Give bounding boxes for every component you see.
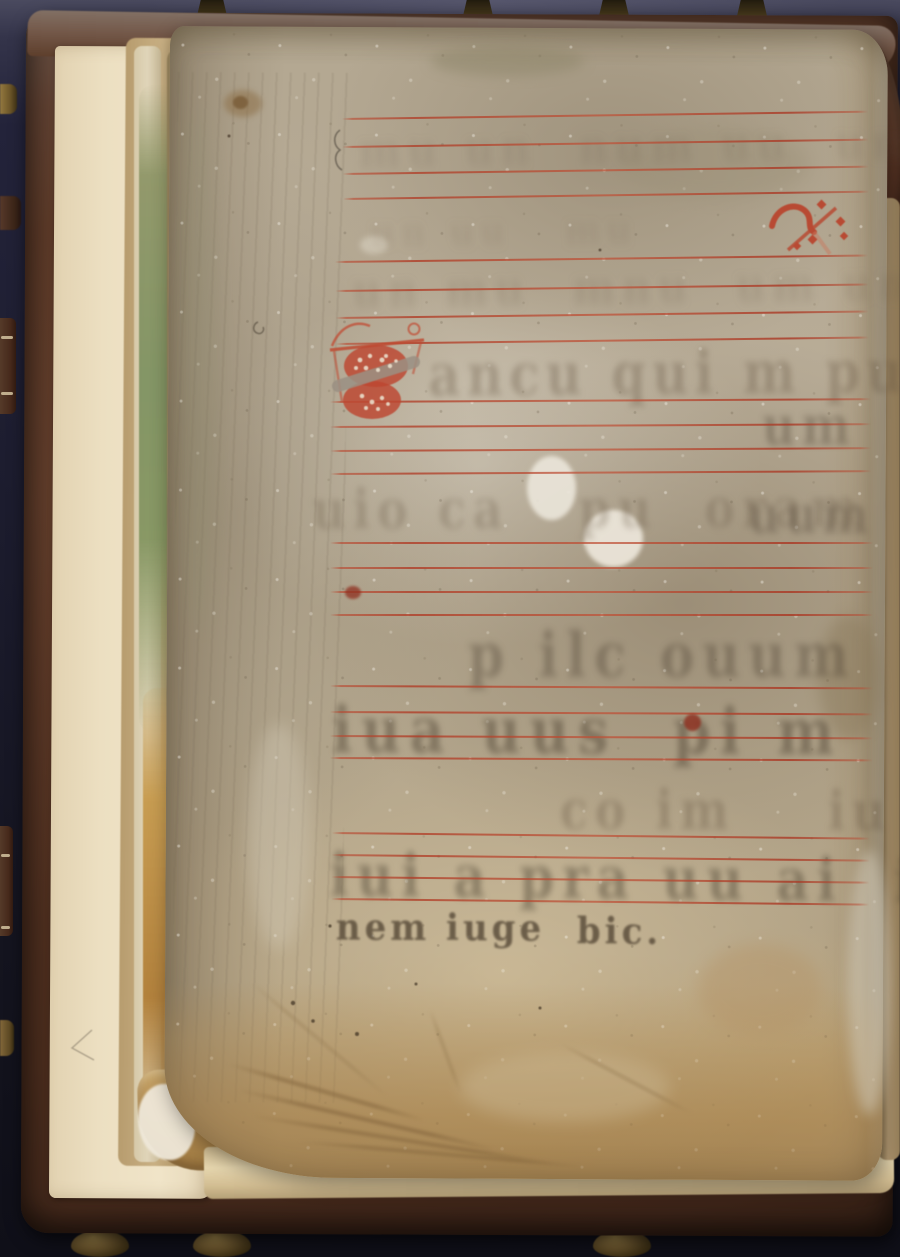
legible-text-right: bic. <box>577 910 662 954</box>
fly-specks <box>228 135 602 1037</box>
pencil-mark <box>72 1030 94 1060</box>
small-ink-marks <box>0 0 900 1257</box>
manuscript-photo: mu un num uu umt un muun uu muun mu mnu … <box>0 0 900 1257</box>
legible-text-left: nem iuge <box>336 906 545 950</box>
